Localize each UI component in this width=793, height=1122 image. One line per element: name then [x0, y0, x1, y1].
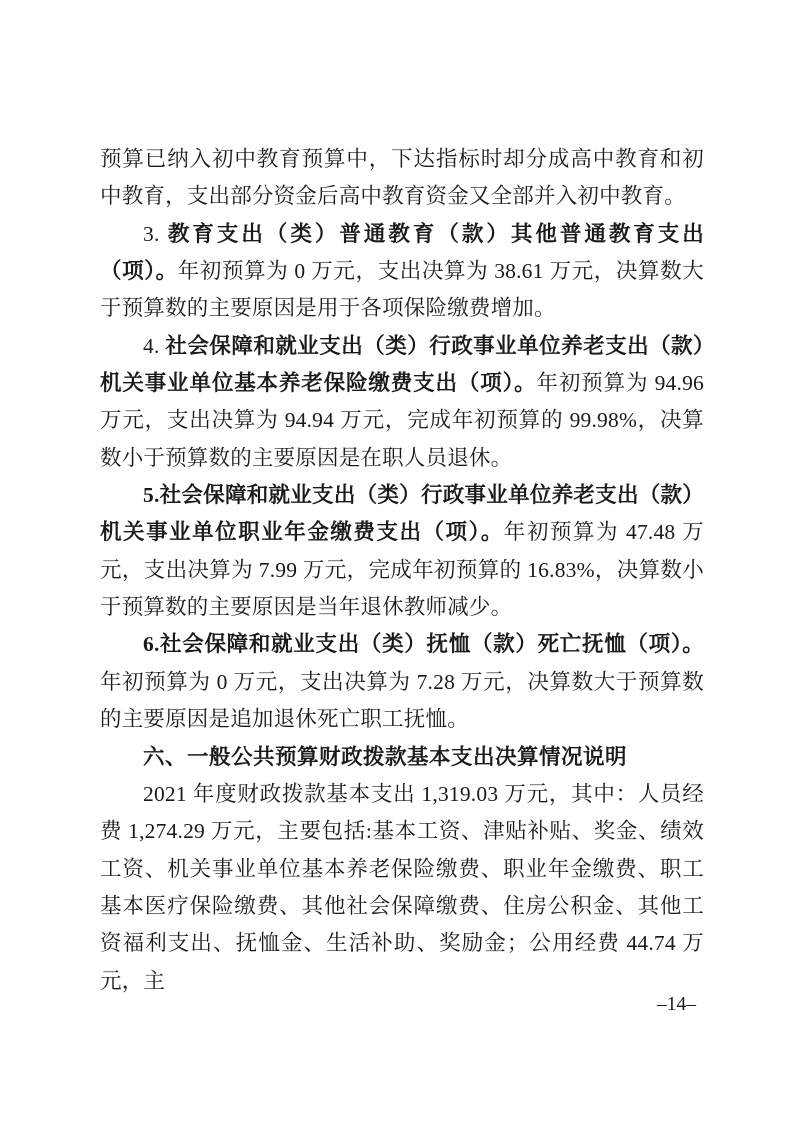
paragraph-item-6-run-1: 年初预算为 0 万元，支出决算为 7.28 万元，决算数大于预算数的主要原因是追… — [100, 670, 704, 731]
paragraph-item-6: 6.社会保障和就业支出（类）抚恤（款）死亡抚恤（项）。年初预算为 0 万元，支出… — [100, 626, 704, 738]
document-page: 预算已纳入初中教育预算中，下达指标时却分成高中教育和初中教育，支出部分资金后高中… — [0, 0, 793, 1122]
paragraph-section-6-heading: 六、一般公共预算财政拨款基本支出决算情况说明 — [100, 739, 704, 776]
paragraph-item-4: 4. 社会保障和就业支出（类）行政事业单位养老支出（款）机关事业单位基本养老保险… — [100, 328, 704, 477]
paragraph-section-6-heading-run-0: 六、一般公共预算财政拨款基本支出决算情况说明 — [143, 745, 627, 769]
paragraph-basic-expenditure-run-0: 2021 年度财政拨款基本支出 1,319.03 万元，其中：人员经费 1,27… — [100, 782, 704, 993]
paragraph-item-4-run-0: 4. — [143, 334, 165, 358]
document-body: 预算已纳入初中教育预算中，下达指标时却分成高中教育和初中教育，支出部分资金后高中… — [100, 141, 704, 1000]
paragraph-item-3-run-0: 3. — [143, 222, 168, 246]
paragraph-item-3-run-2: 年初预算为 0 万元，支出决算为 38.61 万元，决算数大于预算数的主要原因是… — [100, 259, 704, 320]
paragraph-item-6-run-0: 6.社会保障和就业支出（类）抚恤（款）死亡抚恤（项）。 — [143, 632, 704, 656]
page-number: –14– — [657, 993, 696, 1017]
paragraph-item-5: 5.社会保障和就业支出（类）行政事业单位养老支出（款）机关事业单位职业年金缴费支… — [100, 477, 704, 626]
paragraph-intro-continuation-run-0: 预算已纳入初中教育预算中，下达指标时却分成高中教育和初中教育，支出部分资金后高中… — [100, 147, 704, 208]
paragraph-basic-expenditure: 2021 年度财政拨款基本支出 1,319.03 万元，其中：人员经费 1,27… — [100, 776, 704, 1000]
paragraph-item-3: 3. 教育支出（类）普通教育（款）其他普通教育支出（项）。年初预算为 0 万元，… — [100, 216, 704, 328]
paragraph-intro-continuation: 预算已纳入初中教育预算中，下达指标时却分成高中教育和初中教育，支出部分资金后高中… — [100, 141, 704, 216]
